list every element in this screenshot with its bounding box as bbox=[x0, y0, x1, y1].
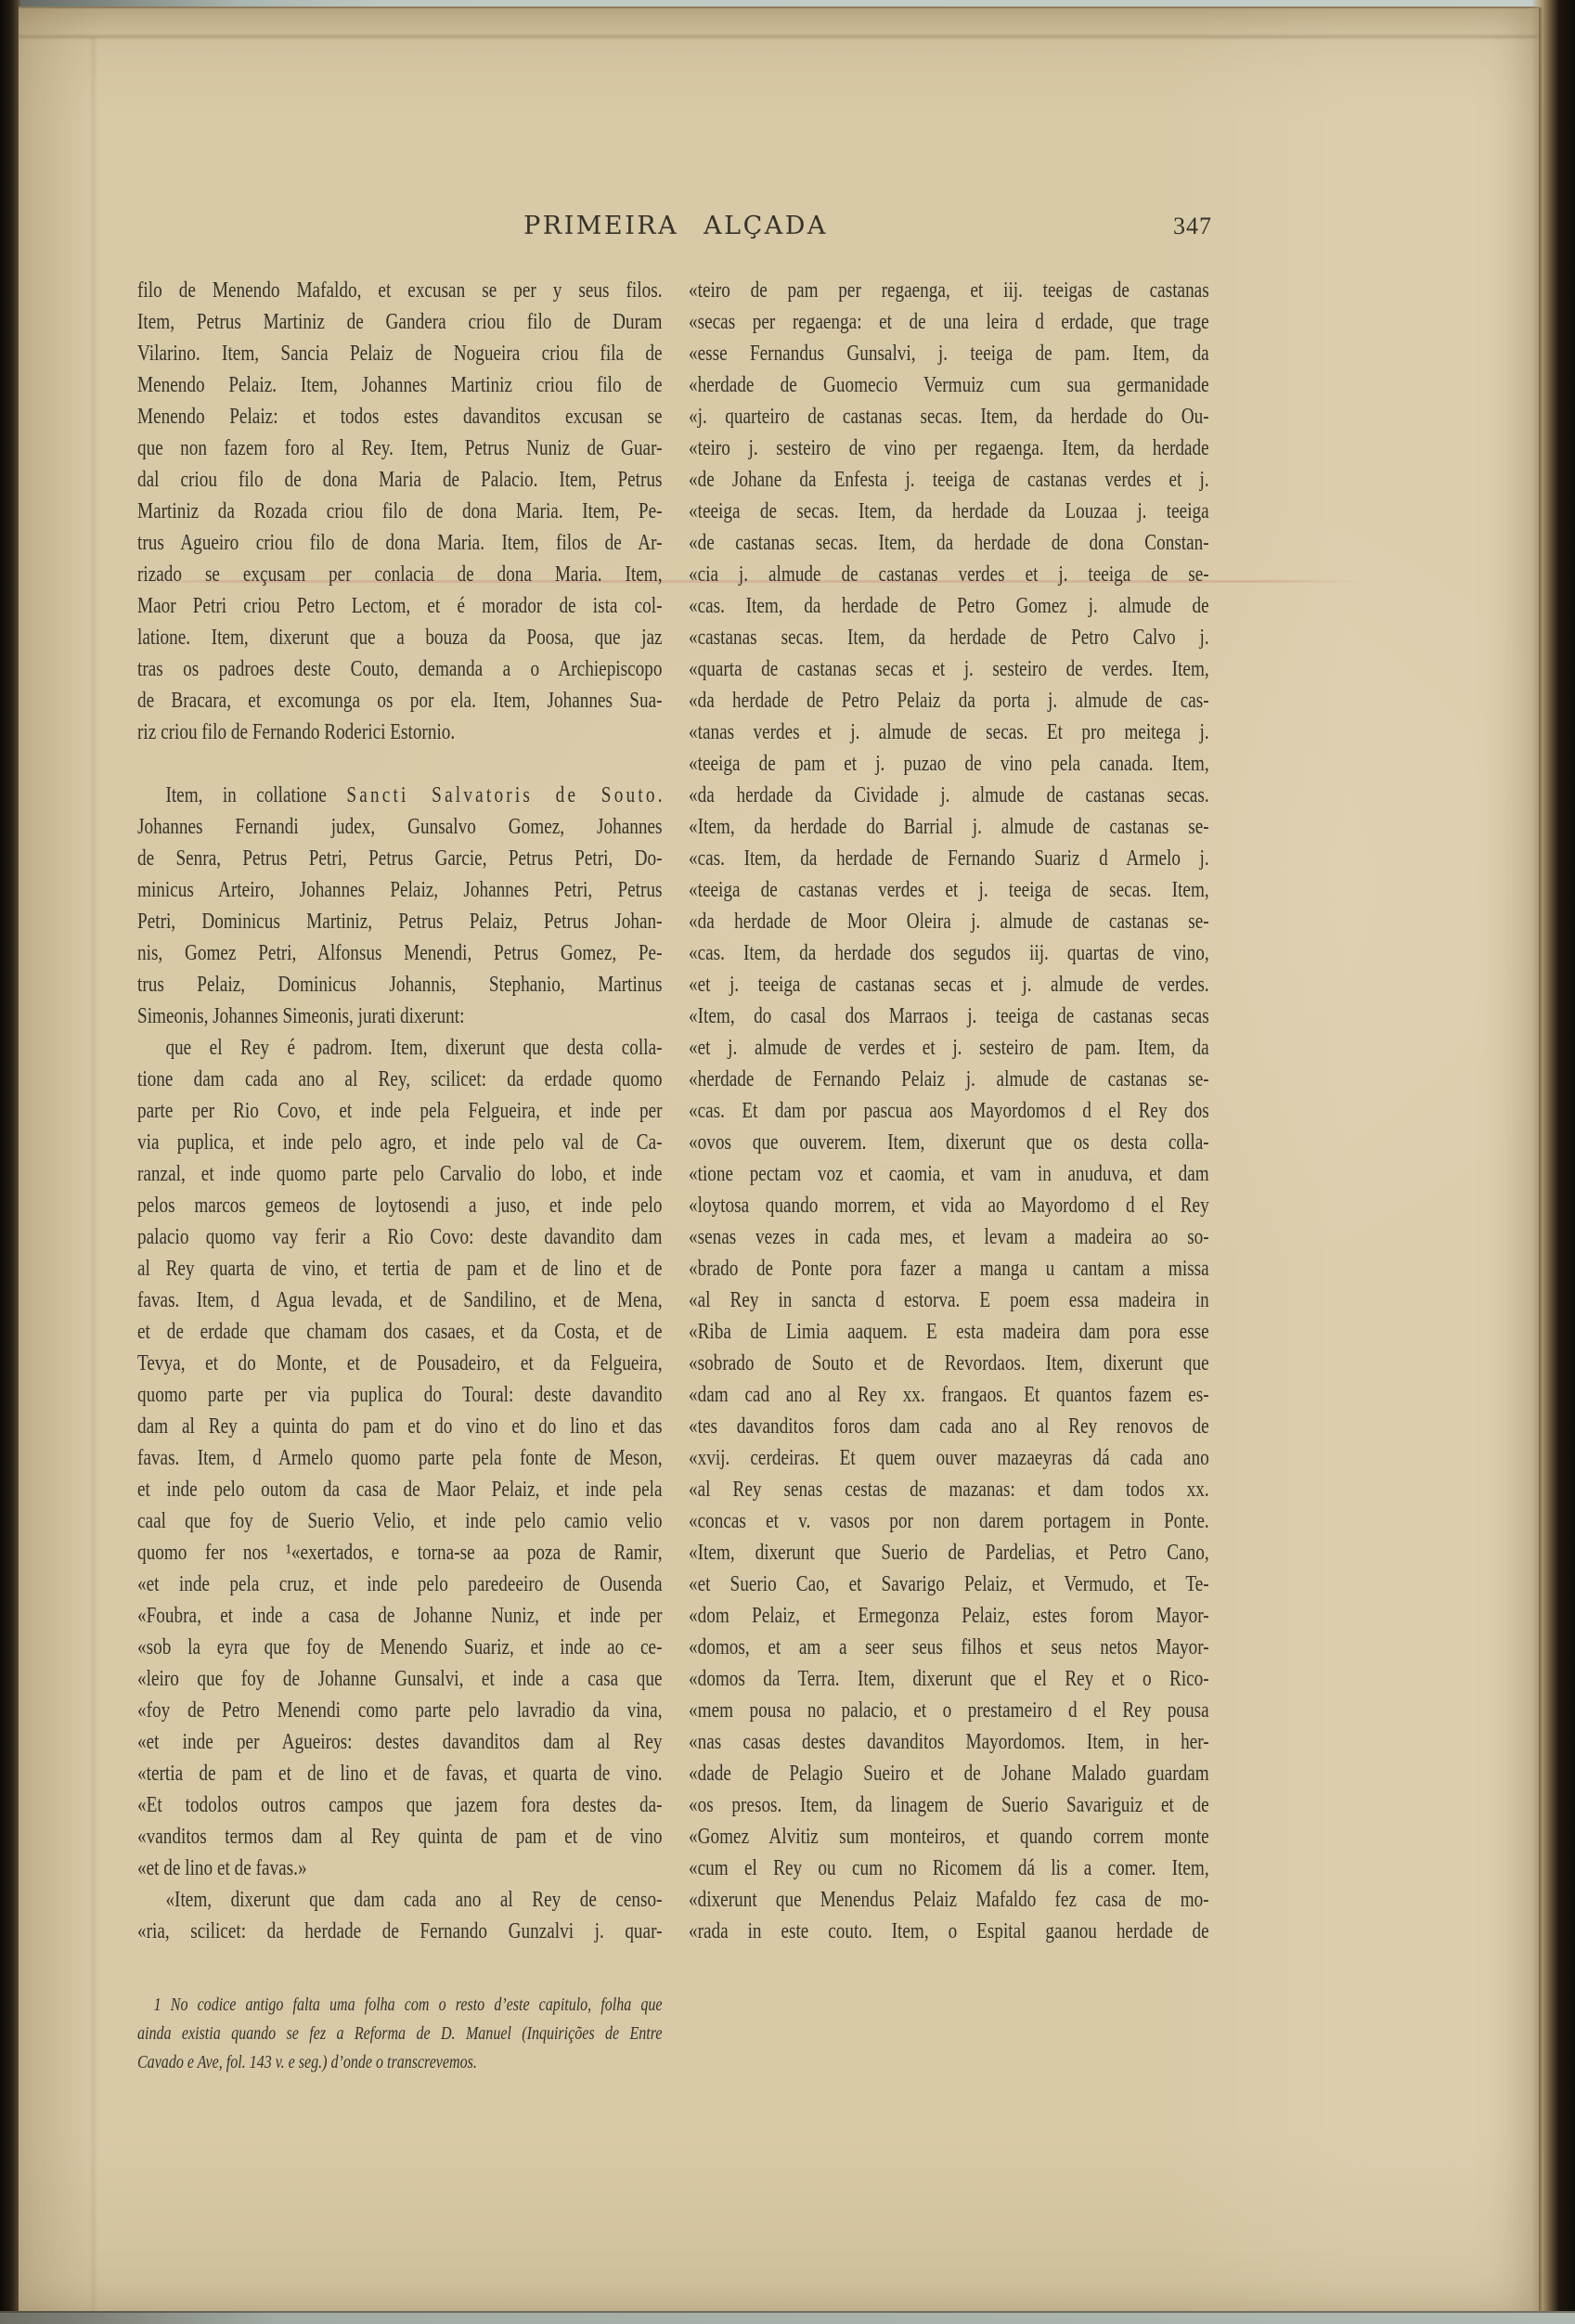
text-line: «cas. Item, da herdade de Fernando Suari… bbox=[689, 843, 1209, 874]
text-line: Martiniz da Rozada criou filo de dona Ma… bbox=[137, 496, 663, 527]
left-column-inner: filo de Menendo Mafaldo, et excusan se p… bbox=[137, 275, 663, 1947]
text-line: «dom Pelaiz, et Ermegonza Pelaiz, estes … bbox=[689, 1600, 1209, 1632]
text-line: «dam cad ano al Rey xx. frangaos. Et qua… bbox=[689, 1379, 1209, 1411]
text-line: «et Suerio Cao, et Savarigo Pelaiz, et V… bbox=[689, 1569, 1209, 1600]
page-header: PRIMEIRA ALÇADA 347 bbox=[139, 212, 1212, 245]
text-line: Item, Petrus Martiniz de Gandera criou f… bbox=[137, 306, 663, 338]
text-line: «et j. teeiga de castanas secas et j. al… bbox=[689, 969, 1209, 1001]
text-line: Johannes Fernandi judex, Gunsalvo Gomez,… bbox=[137, 811, 663, 843]
text-line: «et inde pela cruz, et inde pelo paredee… bbox=[137, 1569, 663, 1600]
text-line: palacio quomo vay ferir a Rio Covo: dest… bbox=[137, 1221, 663, 1253]
text-line: «vanditos termos dam al Rey quinta de pa… bbox=[137, 1821, 663, 1853]
text-line: Cavado e Ave, fol. 143 v. e seg.) d’onde… bbox=[137, 2048, 663, 2077]
paper-crease-vertical bbox=[89, 37, 97, 2311]
text-line: tione dam cada ano al Rey, scilicet: da … bbox=[137, 1064, 663, 1095]
footnote-inner: 1 No codice antigo falta uma folha com o… bbox=[137, 1991, 663, 2077]
text-line: «brado de Ponte pora fazer a manga u can… bbox=[689, 1253, 1209, 1285]
text-line: «herdade de Fernando Pelaiz j. almude de… bbox=[689, 1064, 1209, 1095]
text-line: «teiro j. sesteiro de vino per regaenga.… bbox=[689, 433, 1209, 464]
text-line: parte per Rio Covo, et inde pela Felguei… bbox=[137, 1095, 663, 1127]
text-line: dam al Rey a quinta do pam et do vino et… bbox=[137, 1411, 663, 1442]
text-line: «Foubra, et inde a casa de Johanne Nuniz… bbox=[137, 1600, 663, 1632]
text-line: «Gomez Alvitiz sum monteiros, et quando … bbox=[689, 1821, 1209, 1853]
page-number: 347 bbox=[1173, 213, 1212, 240]
text-line: quomo fer nos ¹«exertados, e torna-se aa… bbox=[137, 1537, 663, 1569]
text-line: «cas. Item, da herdade dos segudos iij. … bbox=[689, 937, 1209, 969]
text-line: «da herdade de Petro Pelaiz da porta j. … bbox=[689, 685, 1209, 717]
text-line: «cas. Et dam por pascua aos Mayordomos d… bbox=[689, 1095, 1209, 1127]
text-line: «domos, et am a seer seus filhos et seus… bbox=[689, 1632, 1209, 1663]
text-line: «mem pousa no palacio, et o prestameiro … bbox=[689, 1695, 1209, 1726]
text-line: et de erdade que chamam dos casaes, et d… bbox=[137, 1316, 663, 1348]
text-line: trus Pelaiz, Dominicus Johannis, Stephan… bbox=[137, 969, 663, 1001]
text-line: «Et todolos outros campos que jazem fora… bbox=[137, 1789, 663, 1821]
text-line: «nas casas destes davanditos Mayordomos.… bbox=[689, 1726, 1209, 1758]
text-line: «Item, dixerunt que dam cada ano al Rey … bbox=[137, 1884, 663, 1916]
text-line: Menendo Pelaiz: et todos estes davandito… bbox=[137, 401, 663, 433]
text-line: «cia j. almude de castanas verdes et j. … bbox=[689, 559, 1209, 590]
text-line: dal criou filo de dona Maria de Palacio.… bbox=[137, 464, 663, 496]
text-line: «et inde per Agueiros: destes davanditos… bbox=[137, 1726, 663, 1758]
text-line: «ovos que ouverem. Item, dixerunt que os… bbox=[689, 1127, 1209, 1158]
text-line: riz criou filo de Fernando Roderici Esto… bbox=[137, 717, 663, 748]
text-line: «cum el Rey ou cum no Ricomem dá lis a c… bbox=[689, 1853, 1209, 1884]
text-line: Tevya, et do Monte, et de Pousadeiro, et… bbox=[137, 1348, 663, 1379]
text-line: «foy de Petro Menendi como parte pelo la… bbox=[137, 1695, 663, 1726]
text-line: «al Rey in sancta d estorva. E poem essa… bbox=[689, 1285, 1209, 1316]
text-line: «quarta de castanas secas et j. sesteiro… bbox=[689, 653, 1209, 685]
text-line: favas. Item, d Armelo quomo parte pela f… bbox=[137, 1442, 663, 1474]
text-line: «Item, da herdade do Barrial j. almude d… bbox=[689, 811, 1209, 843]
text-line: «j. quarteiro de castanas secas. Item, d… bbox=[689, 401, 1209, 433]
text-line: «de castanas secas. Item, da herdade de … bbox=[689, 527, 1209, 559]
text-line: «rada in este couto. Item, o Espital gaa… bbox=[689, 1916, 1209, 1947]
text-line: «leiro que foy de Johanne Gunsalvi, et i… bbox=[137, 1663, 663, 1695]
text-line: via puplica, et inde pelo agro, et inde … bbox=[137, 1127, 663, 1158]
text-line: «de Johane da Enfesta j. teeiga de casta… bbox=[689, 464, 1209, 496]
text-line: de Bracara, et excomunga os por ela. Ite… bbox=[137, 685, 663, 717]
text-line: «tertia de pam et de lino et de favas, e… bbox=[137, 1758, 663, 1789]
text-line: favas. Item, d Agua levada, et de Sandil… bbox=[137, 1285, 663, 1316]
running-title: PRIMEIRA ALÇADA bbox=[139, 212, 1212, 240]
text-line: «dixerunt que Menendus Pelaiz Mafaldo fe… bbox=[689, 1884, 1209, 1916]
text-line: «herdade de Guomecio Vermuiz cum sua ger… bbox=[689, 369, 1209, 401]
text-line: «os presos. Item, da linagem de Suerio S… bbox=[689, 1789, 1209, 1821]
text-line: «da herdade de Moor Oleira j. almude de … bbox=[689, 906, 1209, 937]
text-line: «teeiga de castanas verdes et j. teeiga … bbox=[689, 874, 1209, 906]
text-line: que non fazem foro al Rey. Item, Petrus … bbox=[137, 433, 663, 464]
text-line: «concas et v. vasos por non darem portag… bbox=[689, 1505, 1209, 1537]
scanned-book-page: PRIMEIRA ALÇADA 347 filo de Menendo Mafa… bbox=[0, 0, 1575, 2324]
text-line: «sob la eyra que foy de Menendo Suariz, … bbox=[137, 1632, 663, 1663]
text-line: ranzal, et inde quomo parte pelo Carvali… bbox=[137, 1158, 663, 1190]
paragraph-gap bbox=[137, 748, 663, 780]
text-line: latione. Item, dixerunt que a bouza da P… bbox=[137, 622, 663, 653]
text-line: Vilarino. Item, Sancia Pelaiz de Nogueir… bbox=[137, 338, 663, 369]
text-line: de Senra, Petrus Petri, Petrus Garcie, P… bbox=[137, 843, 663, 874]
text-line: «castanas secas. Item, da herdade de Pet… bbox=[689, 622, 1209, 653]
text-line: et inde pelo outom da casa de Maor Pelai… bbox=[137, 1474, 663, 1505]
text-line: «esse Fernandus Gunsalvi, j. teeiga de p… bbox=[689, 338, 1209, 369]
text-line: «al Rey senas cestas de mazanas: et dam … bbox=[689, 1474, 1209, 1505]
text-line: nis, Gomez Petri, Alfonsus Menendi, Petr… bbox=[137, 937, 663, 969]
text-line: 1 No codice antigo falta uma folha com o… bbox=[137, 1991, 663, 2020]
footnote: 1 No codice antigo falta uma folha com o… bbox=[137, 1991, 663, 2077]
text-line: «et j. almude de verdes et j. sesteiro d… bbox=[689, 1032, 1209, 1064]
text-line: tras os padroes deste Couto, demanda a o… bbox=[137, 653, 663, 685]
text-line: pelos marcos gemeos de loytosendi a juso… bbox=[137, 1190, 663, 1221]
text-line: «tes davanditos foros dam cada ano al Re… bbox=[689, 1411, 1209, 1442]
text-line: «dade de Pelagio Sueiro et de Johane Mal… bbox=[689, 1758, 1209, 1789]
text-line: «teeiga de secas. Item, da herdade da Lo… bbox=[689, 496, 1209, 527]
text-line: «domos da Terra. Item, dixerunt que el R… bbox=[689, 1663, 1209, 1695]
right-column-inner: «teiro de pam per regaenga, et iij. teei… bbox=[689, 275, 1209, 1947]
right-column: «teiro de pam per regaenga, et iij. teei… bbox=[689, 275, 1209, 1947]
paper-crease-horizontal bbox=[19, 33, 1539, 40]
text-line: «cas. Item, da herdade de Petro Gomez j.… bbox=[689, 590, 1209, 622]
text-line: filo de Menendo Mafaldo, et excusan se p… bbox=[137, 275, 663, 306]
text-line: Item, in collatione Sancti Salvatoris de… bbox=[137, 780, 663, 811]
text-line: rizado se exçusam per conlacia de dona M… bbox=[137, 559, 663, 590]
text-line: quomo parte per via puplica do Toural: d… bbox=[137, 1379, 663, 1411]
text-line: «teiro de pam per regaenga, et iij. teei… bbox=[689, 275, 1209, 306]
scanner-strip-bottom bbox=[0, 2311, 1575, 2324]
text-line: minicus Arteiro, Johannes Pelaiz, Johann… bbox=[137, 874, 663, 906]
text-line: Simeonis, Johannes Simeonis, jurati dixe… bbox=[137, 1001, 663, 1032]
text-line: «da herdade da Cividade j. almude de cas… bbox=[689, 780, 1209, 811]
text-line: «tione pectam voz et caomia, et vam in a… bbox=[689, 1158, 1209, 1190]
text-line: «teeiga de pam et j. puzao de vino pela … bbox=[689, 748, 1209, 780]
text-line: Menendo Pelaiz. Item, Johannes Martiniz … bbox=[137, 369, 663, 401]
text-line: «Riba de Limia aaquem. E esta madeira da… bbox=[689, 1316, 1209, 1348]
text-line: «sobrado de Souto et de Revordaos. Item,… bbox=[689, 1348, 1209, 1379]
text-line: Petri, Dominicus Martiniz, Petrus Pelaiz… bbox=[137, 906, 663, 937]
text-line: «senas vezes in cada mes, et levam a mad… bbox=[689, 1221, 1209, 1253]
text-line: «Item, do casal dos Marraos j. teeiga de… bbox=[689, 1001, 1209, 1032]
text-line: «ria, scilicet: da herdade de Fernando G… bbox=[137, 1916, 663, 1947]
text-line: «secas per regaenga: et de una leira d e… bbox=[689, 306, 1209, 338]
page-edge-left bbox=[0, 0, 20, 2324]
left-column: filo de Menendo Mafaldo, et excusan se p… bbox=[137, 275, 663, 1947]
text-line: al Rey quarta de vino, et tertia de pam … bbox=[137, 1253, 663, 1285]
text-line: «et de lino et de favas.» bbox=[137, 1853, 663, 1884]
text-line: trus Agueiro criou filo de dona Maria. I… bbox=[137, 527, 663, 559]
text-line: ainda existia quando se fez a Reforma de… bbox=[137, 2020, 663, 2048]
text-line: Maor Petri criou Petro Lectom, et é mora… bbox=[137, 590, 663, 622]
text-line: caal que foy de Suerio Velio, et inde pe… bbox=[137, 1505, 663, 1537]
text-line: «xvij. cerdeiras. Et quem ouver mazaeyra… bbox=[689, 1442, 1209, 1474]
text-line: que el Rey é padrom. Item, dixerunt que … bbox=[137, 1032, 663, 1064]
text-line: «loytosa quando morrem, et vida ao Mayor… bbox=[689, 1190, 1209, 1221]
page-edge-right bbox=[1531, 0, 1575, 2324]
text-line: «Item, dixerunt que Suerio de Pardelias,… bbox=[689, 1537, 1209, 1569]
text-line: «tanas verdes et j. almude de secas. Et … bbox=[689, 717, 1209, 748]
